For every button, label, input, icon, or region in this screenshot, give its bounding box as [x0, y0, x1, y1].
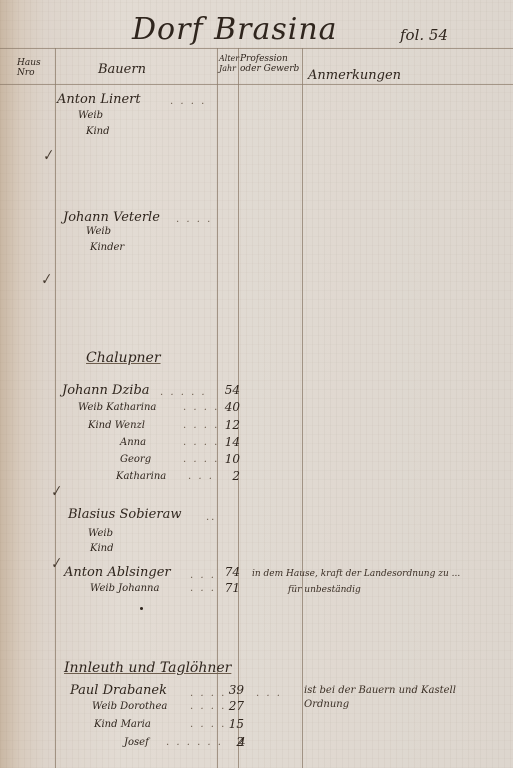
leader-dots: . . . .	[190, 719, 226, 730]
leader-dots: . . . .	[183, 437, 219, 448]
member-label: Weib	[88, 528, 113, 539]
member-label: Kind Maria	[94, 719, 151, 730]
age-value: 40	[218, 400, 240, 414]
member-label: Katharina	[116, 471, 166, 482]
member-label: Kinder	[90, 242, 124, 253]
member-label: Kind	[90, 543, 114, 554]
manuscript-page: Dorf Brasina fol. 54 Haus Nro Bauern Alt…	[0, 0, 513, 768]
leader-dots: . . .	[256, 688, 282, 699]
entry-name: Blasius Sobieraw	[68, 507, 181, 522]
ink-dot	[140, 607, 143, 610]
column-header-remarks: Anmerkungen	[308, 68, 401, 83]
leader-dots: ..	[206, 512, 216, 523]
column-header-profession: Profession oder Gewerb	[240, 54, 302, 74]
leader-dots: . . . .	[183, 454, 219, 465]
age-value: 74	[218, 565, 240, 579]
remark-text: für unbeständig	[288, 585, 361, 595]
leader-dots: . . .	[190, 570, 216, 581]
leader-dots: . . . .	[183, 402, 219, 413]
column-header-rule	[0, 84, 513, 85]
age-value: 54	[218, 383, 240, 397]
column-header-house-no: Haus Nro	[17, 58, 53, 78]
entry-name: Paul Drabanek	[70, 683, 167, 698]
leader-dots: . . . . . .	[166, 737, 223, 748]
member-label: Kind	[86, 126, 110, 137]
member-label: Kind Wenzl	[88, 420, 145, 431]
age-value: 12	[218, 418, 240, 432]
remark-text: in dem Hause, kraft der Landesordnung zu…	[252, 569, 460, 579]
leader-dots: . . . .	[190, 688, 226, 699]
leader-dots: . . . .	[176, 214, 212, 225]
leader-dots: . . . .	[190, 701, 226, 712]
entry-name: Johann Dziba	[62, 383, 150, 398]
age-value: 2	[218, 469, 240, 483]
entry-name: Anton Linert	[57, 92, 141, 107]
member-label: Weib Katharina	[78, 402, 156, 413]
column-divider-house	[55, 48, 56, 768]
age-value: 14	[218, 435, 240, 449]
header-rule	[0, 48, 513, 49]
entry-name: Johann Veterle	[63, 210, 160, 225]
age-value: 10	[218, 452, 240, 466]
member-label: Anna	[120, 437, 146, 448]
folio-number: fol. 54	[400, 26, 448, 44]
extra-value: 4	[238, 735, 252, 749]
age-value: 39	[222, 683, 244, 697]
section-heading: Innleuth und Taglöhner	[64, 660, 231, 676]
member-label: Weib Johanna	[90, 583, 159, 594]
page-title: Dorf Brasina	[132, 12, 338, 47]
member-label: Weib	[78, 110, 103, 121]
leader-dots: . . .	[190, 583, 216, 594]
leader-dots: . . .	[188, 471, 214, 482]
member-label: Georg	[120, 454, 151, 465]
column-header-peasants: Bauern	[98, 62, 146, 77]
leader-dots: . . . .	[183, 420, 219, 431]
member-label: Josef	[124, 737, 149, 748]
leader-dots: . . . .	[170, 96, 206, 107]
leader-dots: . . . . .	[160, 387, 207, 398]
age-value: 27	[222, 699, 244, 713]
remark-text: ist bei der Bauern und Kastell Ordnung	[304, 684, 464, 712]
member-label: Weib Dorothea	[92, 701, 167, 712]
member-label: Weib	[86, 226, 111, 237]
column-header-age: Alter Jahr	[219, 54, 239, 74]
column-divider-profession	[302, 48, 303, 768]
age-value: 71	[218, 581, 240, 595]
section-heading: Chalupner	[86, 350, 161, 366]
entry-name: Anton Ablsinger	[64, 565, 171, 580]
age-value: 15	[222, 717, 244, 731]
